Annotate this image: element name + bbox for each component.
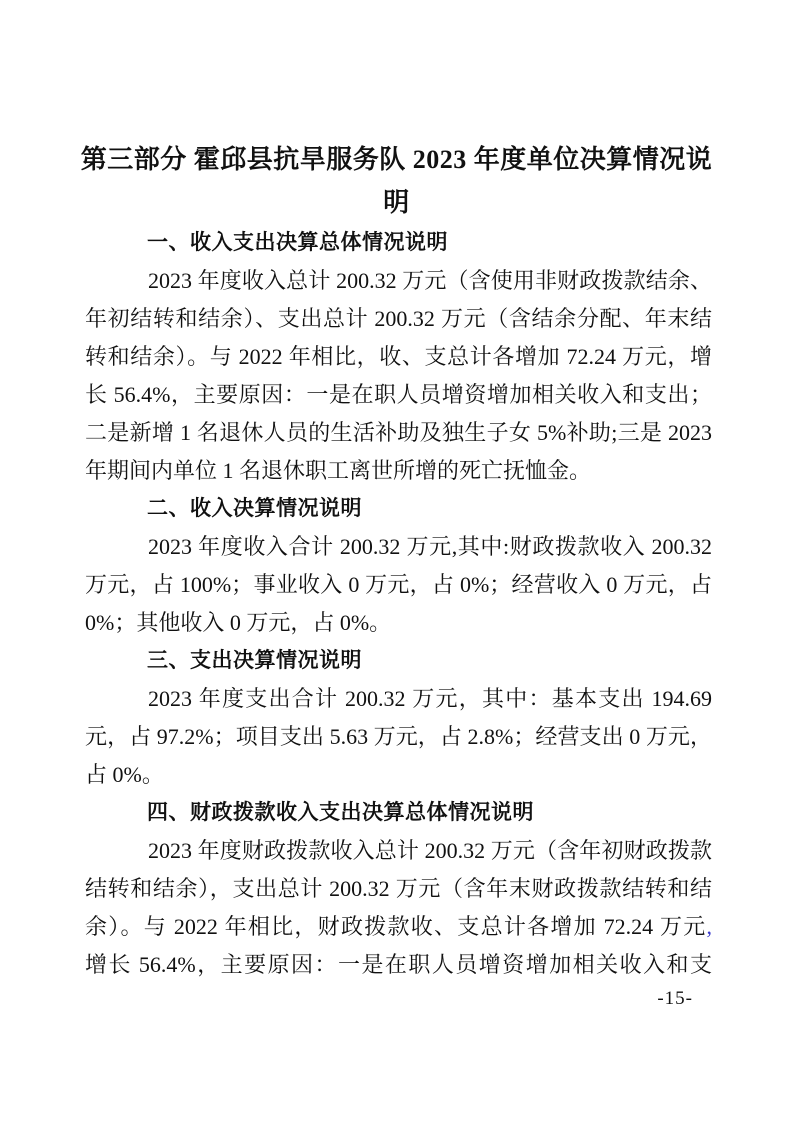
section-heading-expenditure-detail: 三、支出决算情况说明 (85, 642, 712, 680)
paragraph-line: 元，占 97.2%；项目支出 5.63 万元，占 2.8%；经营支出 0 万元， (85, 718, 712, 756)
document-body: 一、收入支出决算总体情况说明 2023 年度收入总计 200.32 万元（含使用… (85, 224, 712, 984)
section-heading-fiscal-appropriation-overview: 四、财政拨款收入支出决算总体情况说明 (85, 794, 712, 832)
document-title-line-2: 明 (77, 181, 717, 224)
paragraph-line: 年初结转和结余）、支出总计 200.32 万元（含结余分配、年末结 (85, 300, 712, 338)
paragraph-line: 转和结余）。与 2022 年相比，收、支总计各增加 72.24 万元，增 (85, 338, 712, 376)
document-title: 第三部分 霍邱县抗旱服务队 2023 年度单位决算情况说 明 (77, 138, 717, 224)
paragraph-line: 2023 年度收入合计 200.32 万元,其中:财政拨款收入 200.32 (85, 528, 712, 566)
paragraph-line: 2023 年度支出合计 200.32 万元，其中：基本支出 194.69 万 (85, 680, 712, 718)
paragraph-line: 二是新增 1 名退休人员的生活补助及独生子女 5%补助;三是 2023 (85, 414, 712, 452)
paragraph-line: 年期间内单位 1 名退休职工离世所增的死亡抚恤金。 (85, 452, 712, 490)
page-number: -15- (657, 988, 693, 1010)
paragraph-line: 余）。与 2022 年相比，财政拨款收、支总计各增加 72.24 万元, (85, 908, 712, 946)
paragraph-line: 长 56.4%，主要原因：一是在职人员增资增加相关收入和支出； (85, 376, 712, 414)
blue-comma: , (707, 914, 713, 939)
document-title-line-1: 第三部分 霍邱县抗旱服务队 2023 年度单位决算情况说 (77, 138, 717, 181)
paragraph-line: 0%；其他收入 0 万元，占 0%。 (85, 604, 712, 642)
paragraph-line: 万元，占 100%；事业收入 0 万元，占 0%；经营收入 0 万元，占 (85, 566, 712, 604)
paragraph-line: 增长 56.4%，主要原因：一是在职人员增资增加相关收入和支出； (85, 946, 712, 984)
paragraph-line: 结转和结余），支出总计 200.32 万元（含年末财政拨款结转和结 (85, 870, 712, 908)
paragraph-line: 占 0%。 (85, 756, 712, 794)
paragraph-line-text: 余）。与 2022 年相比，财政拨款收、支总计各增加 72.24 万元 (85, 914, 707, 939)
section-heading-income-detail: 二、收入决算情况说明 (85, 490, 712, 528)
paragraph-line: 2023 年度财政拨款收入总计 200.32 万元（含年初财政拨款 (85, 832, 712, 870)
section-heading-income-expenditure-overview: 一、收入支出决算总体情况说明 (85, 224, 712, 262)
document-page: 第三部分 霍邱县抗旱服务队 2023 年度单位决算情况说 明 一、收入支出决算总… (0, 0, 793, 1122)
paragraph-line: 2023 年度收入总计 200.32 万元（含使用非财政拨款结余、 (85, 262, 712, 300)
